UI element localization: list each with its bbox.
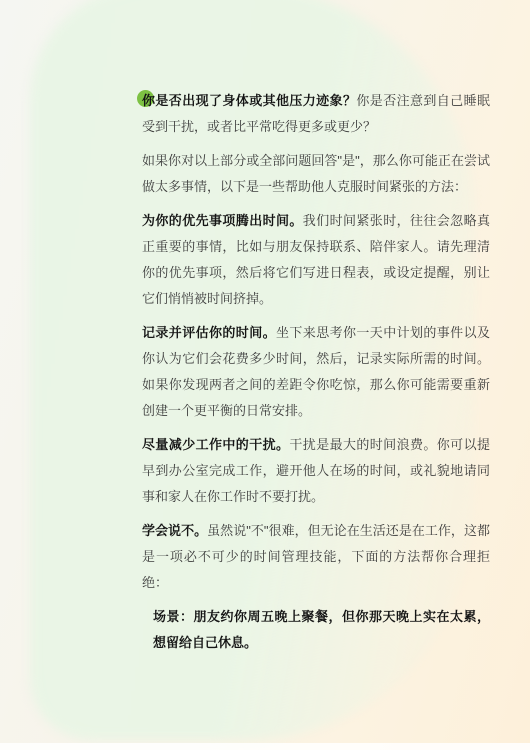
article-content: 你是否出现了身体或其他压力迹象？你是否注意到自己睡眠受到干扰，或者比平常吃得更多… bbox=[142, 88, 490, 664]
paragraph-scenario: 场景：朋友约你周五晚上聚餐，但你那天晚上实在太累，想留给自己休息。 bbox=[142, 604, 490, 656]
paragraph-minimize-interruptions: 尽量减少工作中的干扰。干扰是最大的时间浪费。你可以提早到办公室完成工作，避开他人… bbox=[142, 432, 490, 510]
paragraph-stress-question: 你是否出现了身体或其他压力迹象？你是否注意到自己睡眠受到干扰，或者比平常吃得更多… bbox=[142, 88, 490, 140]
paragraph-intro: 如果你对以上部分或全部问题回答"是"，那么你可能正在尝试做太多事情，以下是一些帮… bbox=[142, 148, 490, 200]
ebook-page: 你是否出现了身体或其他压力迹象？你是否注意到自己睡眠受到干扰，或者比平常吃得更多… bbox=[0, 0, 530, 750]
paragraph-learn-to-say-no: 学会说不。虽然说"不"很难，但无论在生活还是在工作，这都是一项必不可少的时间管理… bbox=[142, 518, 490, 596]
paragraph-lead: 场景：朋友约你周五晚上聚餐，但你那天晚上实在太累，想留给自己休息。 bbox=[153, 609, 490, 650]
paragraph-lead: 记录并评估你的时间。 bbox=[142, 325, 276, 340]
paragraph-body: 如果你对以上部分或全部问题回答"是"，那么你可能正在尝试做太多事情，以下是一些帮… bbox=[142, 153, 490, 194]
paragraph-lead: 尽量减少工作中的干扰。 bbox=[142, 437, 289, 452]
paragraph-lead: 学会说不。 bbox=[142, 523, 207, 538]
paragraph-track-time: 记录并评估你的时间。坐下来思考你一天中计划的事件以及你认为它们会花费多少时间，然… bbox=[142, 320, 490, 424]
page-bottom-fade bbox=[0, 743, 530, 750]
paragraph-lead: 为你的优先事项腾出时间。 bbox=[142, 213, 303, 228]
paragraph-priorities: 为你的优先事项腾出时间。我们时间紧张时，往往会忽略真正重要的事情，比如与朋友保持… bbox=[142, 208, 490, 312]
paragraph-lead: 你是否出现了身体或其他压力迹象？ bbox=[142, 93, 356, 108]
